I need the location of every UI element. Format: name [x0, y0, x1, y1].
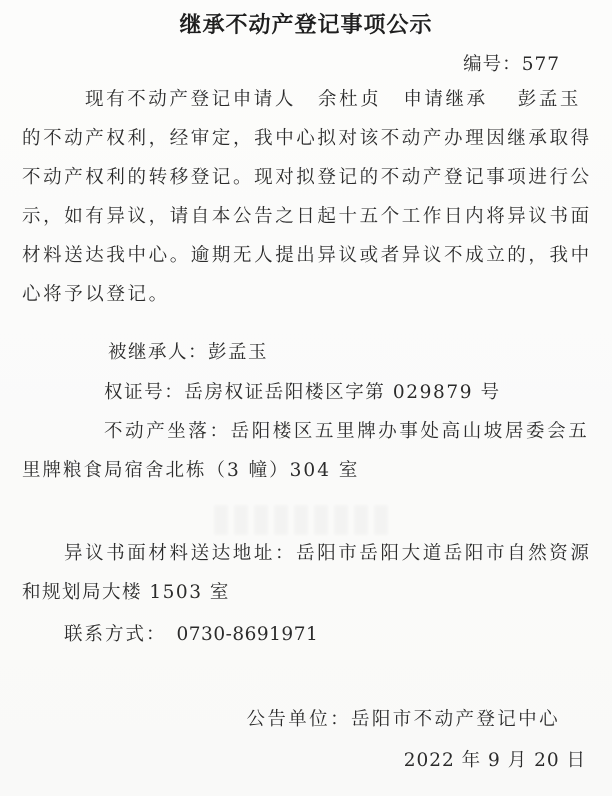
intro-line-3: 不动产权利的转移登记。现对拟登记的不动产登记事项进行公 — [22, 166, 592, 190]
location-row: 不动产坐落：岳阳楼区五里牌办事处高山坡居委会五 — [104, 420, 589, 444]
decedent-name: 彭孟玉 — [518, 89, 581, 110]
issuer-label: 公告单位： — [246, 709, 351, 730]
intro-line-4: 示，如有异议，请自本公告之日起十五个工作日内将异议书面 — [22, 205, 592, 229]
document-title: 继承不动产登记事项公示 — [0, 8, 612, 39]
issuer-row: 公告单位：岳阳市不动产登记中心 — [246, 705, 560, 731]
objection-address-line1: 岳阳市岳阳大道岳阳市自然资源 — [296, 543, 591, 564]
intro-mid: 申请继承 — [403, 89, 487, 110]
issuer-value: 岳阳市不动产登记中心 — [351, 709, 560, 730]
objection-address-line2: 和规划局大楼 1503 室 — [22, 581, 230, 605]
intro-line-1: 现有不动产登记申请人余杜贞申请继承彭孟玉 — [85, 88, 581, 112]
certificate-value: 岳房权证岳阳楼区字第 029879 号 — [184, 382, 500, 403]
location-value-line2: 里牌粮食局宿舍北栋（3 幢）304 室 — [22, 459, 359, 483]
number-value: 577 — [522, 54, 560, 75]
location-label: 不动产坐落： — [104, 421, 231, 442]
number-label: 编号： — [463, 54, 522, 75]
decedent-value: 彭孟玉 — [208, 342, 268, 363]
location-value-line1: 岳阳楼区五里牌办事处高山坡居委会五 — [231, 421, 590, 442]
contact-row: 联系方式：0730-8691971 — [64, 623, 318, 647]
document-number: 编号：577 — [463, 50, 560, 76]
decedent-label: 被继承人： — [108, 342, 208, 363]
reverse-side-bleed-through — [214, 505, 394, 535]
objection-address-label: 异议书面材料送达地址： — [64, 543, 296, 564]
issue-date: 2022 年 9 月 20 日 — [404, 746, 586, 772]
contact-value: 0730-8691971 — [177, 624, 319, 645]
intro-prefix: 现有不动产登记申请人 — [85, 89, 296, 110]
contact-label: 联系方式： — [64, 624, 167, 645]
intro-line-5: 材料送达我中心。逾期无人提出异议或者异议不成立的，我中 — [22, 244, 592, 268]
certificate-row: 权证号：岳房权证岳阳楼区字第 029879 号 — [104, 381, 501, 405]
decedent-row: 被继承人：彭孟玉 — [108, 341, 268, 365]
applicant-name: 余杜贞 — [318, 89, 381, 110]
intro-line-2: 的不动产权利，经审定，我中心拟对该不动产办理因继承取得 — [22, 127, 592, 151]
document-page: 继承不动产登记事项公示 编号：577 现有不动产登记申请人余杜贞申请继承彭孟玉 … — [0, 0, 612, 796]
certificate-label: 权证号： — [104, 382, 184, 403]
objection-address-row: 异议书面材料送达地址：岳阳市岳阳大道岳阳市自然资源 — [64, 542, 592, 566]
intro-line-6: 心将予以登记。 — [22, 283, 170, 307]
